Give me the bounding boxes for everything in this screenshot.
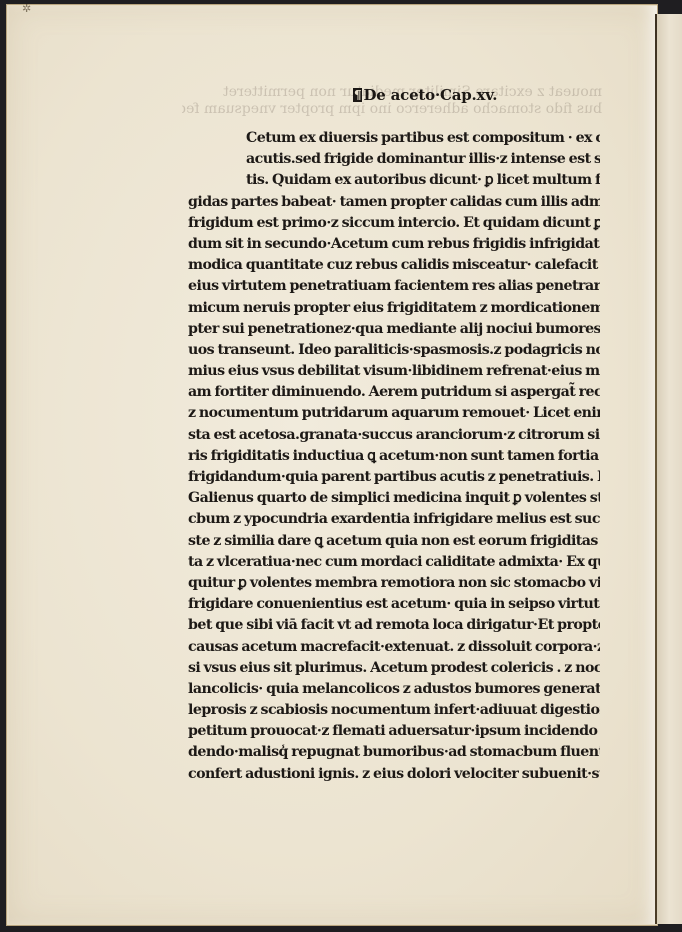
text-line: ta z vlceratiua·nec cum mordaci calidita… xyxy=(188,552,600,573)
text-line: uos transeunt. Ideo paraliticis·spasmosi… xyxy=(188,340,600,361)
text-line: sta est acetosa.granata·succus arancioru… xyxy=(188,425,600,446)
text-line: bet que sibi viā facit vt ad remota loca… xyxy=(188,615,600,636)
text-line: leprosis z scabiosis nocumentum infert·a… xyxy=(188,700,600,721)
page-scan: ✲ moueat z excitare Similiter mediatur n… xyxy=(0,0,682,932)
text-line: dum sit in secundo·Acetum cum rebus frig… xyxy=(188,234,600,255)
text-line: causas acetum macrefacit·extenuat. z dis… xyxy=(188,637,600,658)
text-line: micum neruis propter eius frigiditatem z… xyxy=(188,298,600,319)
text-line: quitur ꝑ volentes membra remotiora non s… xyxy=(188,573,600,594)
text-line: gidas partes babeat· tamen propter calid… xyxy=(188,192,600,213)
text-line: tis. Quidam ex autoribus dicunt· ꝑ licet… xyxy=(188,170,600,191)
text-line: eius virtutem penetratiuam facientem res… xyxy=(188,276,600,297)
text-line: cbum z ypocundria exardentia infrigidare… xyxy=(188,509,600,530)
text-line: frigidum est primo·z siccum intercio. Et… xyxy=(188,213,600,234)
text-line: confert adustioni ignis. z eius dolori v… xyxy=(188,764,600,785)
text-line: Cetum ex diuersis partibus est compositu… xyxy=(188,128,600,149)
text-line: lancolicis· quia melancolicos z adustos … xyxy=(188,679,600,700)
text-line: z nocumentum putridarum aquarum remouet·… xyxy=(188,403,600,424)
chapter-title: De aceto·Cap.xv. xyxy=(363,86,497,104)
text-line: ste z similia dare ꝗ acetum quia non est… xyxy=(188,531,600,552)
next-page-edge xyxy=(657,14,682,924)
text-line: si vsus eius sit plurimus. Acetum prodes… xyxy=(188,658,600,679)
text-line: mius eius vsus debilitat visum·libidinem… xyxy=(188,361,600,382)
text-line: pter sui penetrationez·qua mediante alij… xyxy=(188,319,600,340)
text-line: frigidandum·quia parent partibus acutis … xyxy=(188,467,600,488)
corner-ink-mark: ✲ xyxy=(22,2,31,15)
text-line: petitum prouocat·z flemati aduersatur·ip… xyxy=(188,721,600,742)
text-line: am fortiter diminuendo. Aerem putridum s… xyxy=(188,382,600,403)
chapter-heading: ¶De aceto·Cap.xv. xyxy=(353,86,497,104)
text-line: ris frigiditatis inductiua ꝗ acetum·non … xyxy=(188,446,600,467)
text-line: modica quantitate cuz rebus calidis misc… xyxy=(188,255,600,276)
text-line: frigidare conuenientius est acetum· quia… xyxy=(188,594,600,615)
paragraph-marker-icon: ¶ xyxy=(353,88,362,102)
text-line: Galienus quarto de simplici medicina inq… xyxy=(188,488,600,509)
text-line: acutis.sed frigide dominantur illis·z in… xyxy=(188,149,600,170)
text-line: dendo·malisq̾ repugnat bumoribus·ad stom… xyxy=(188,742,600,763)
body-text: Cetum ex diuersis partibus est compositu… xyxy=(188,128,600,785)
